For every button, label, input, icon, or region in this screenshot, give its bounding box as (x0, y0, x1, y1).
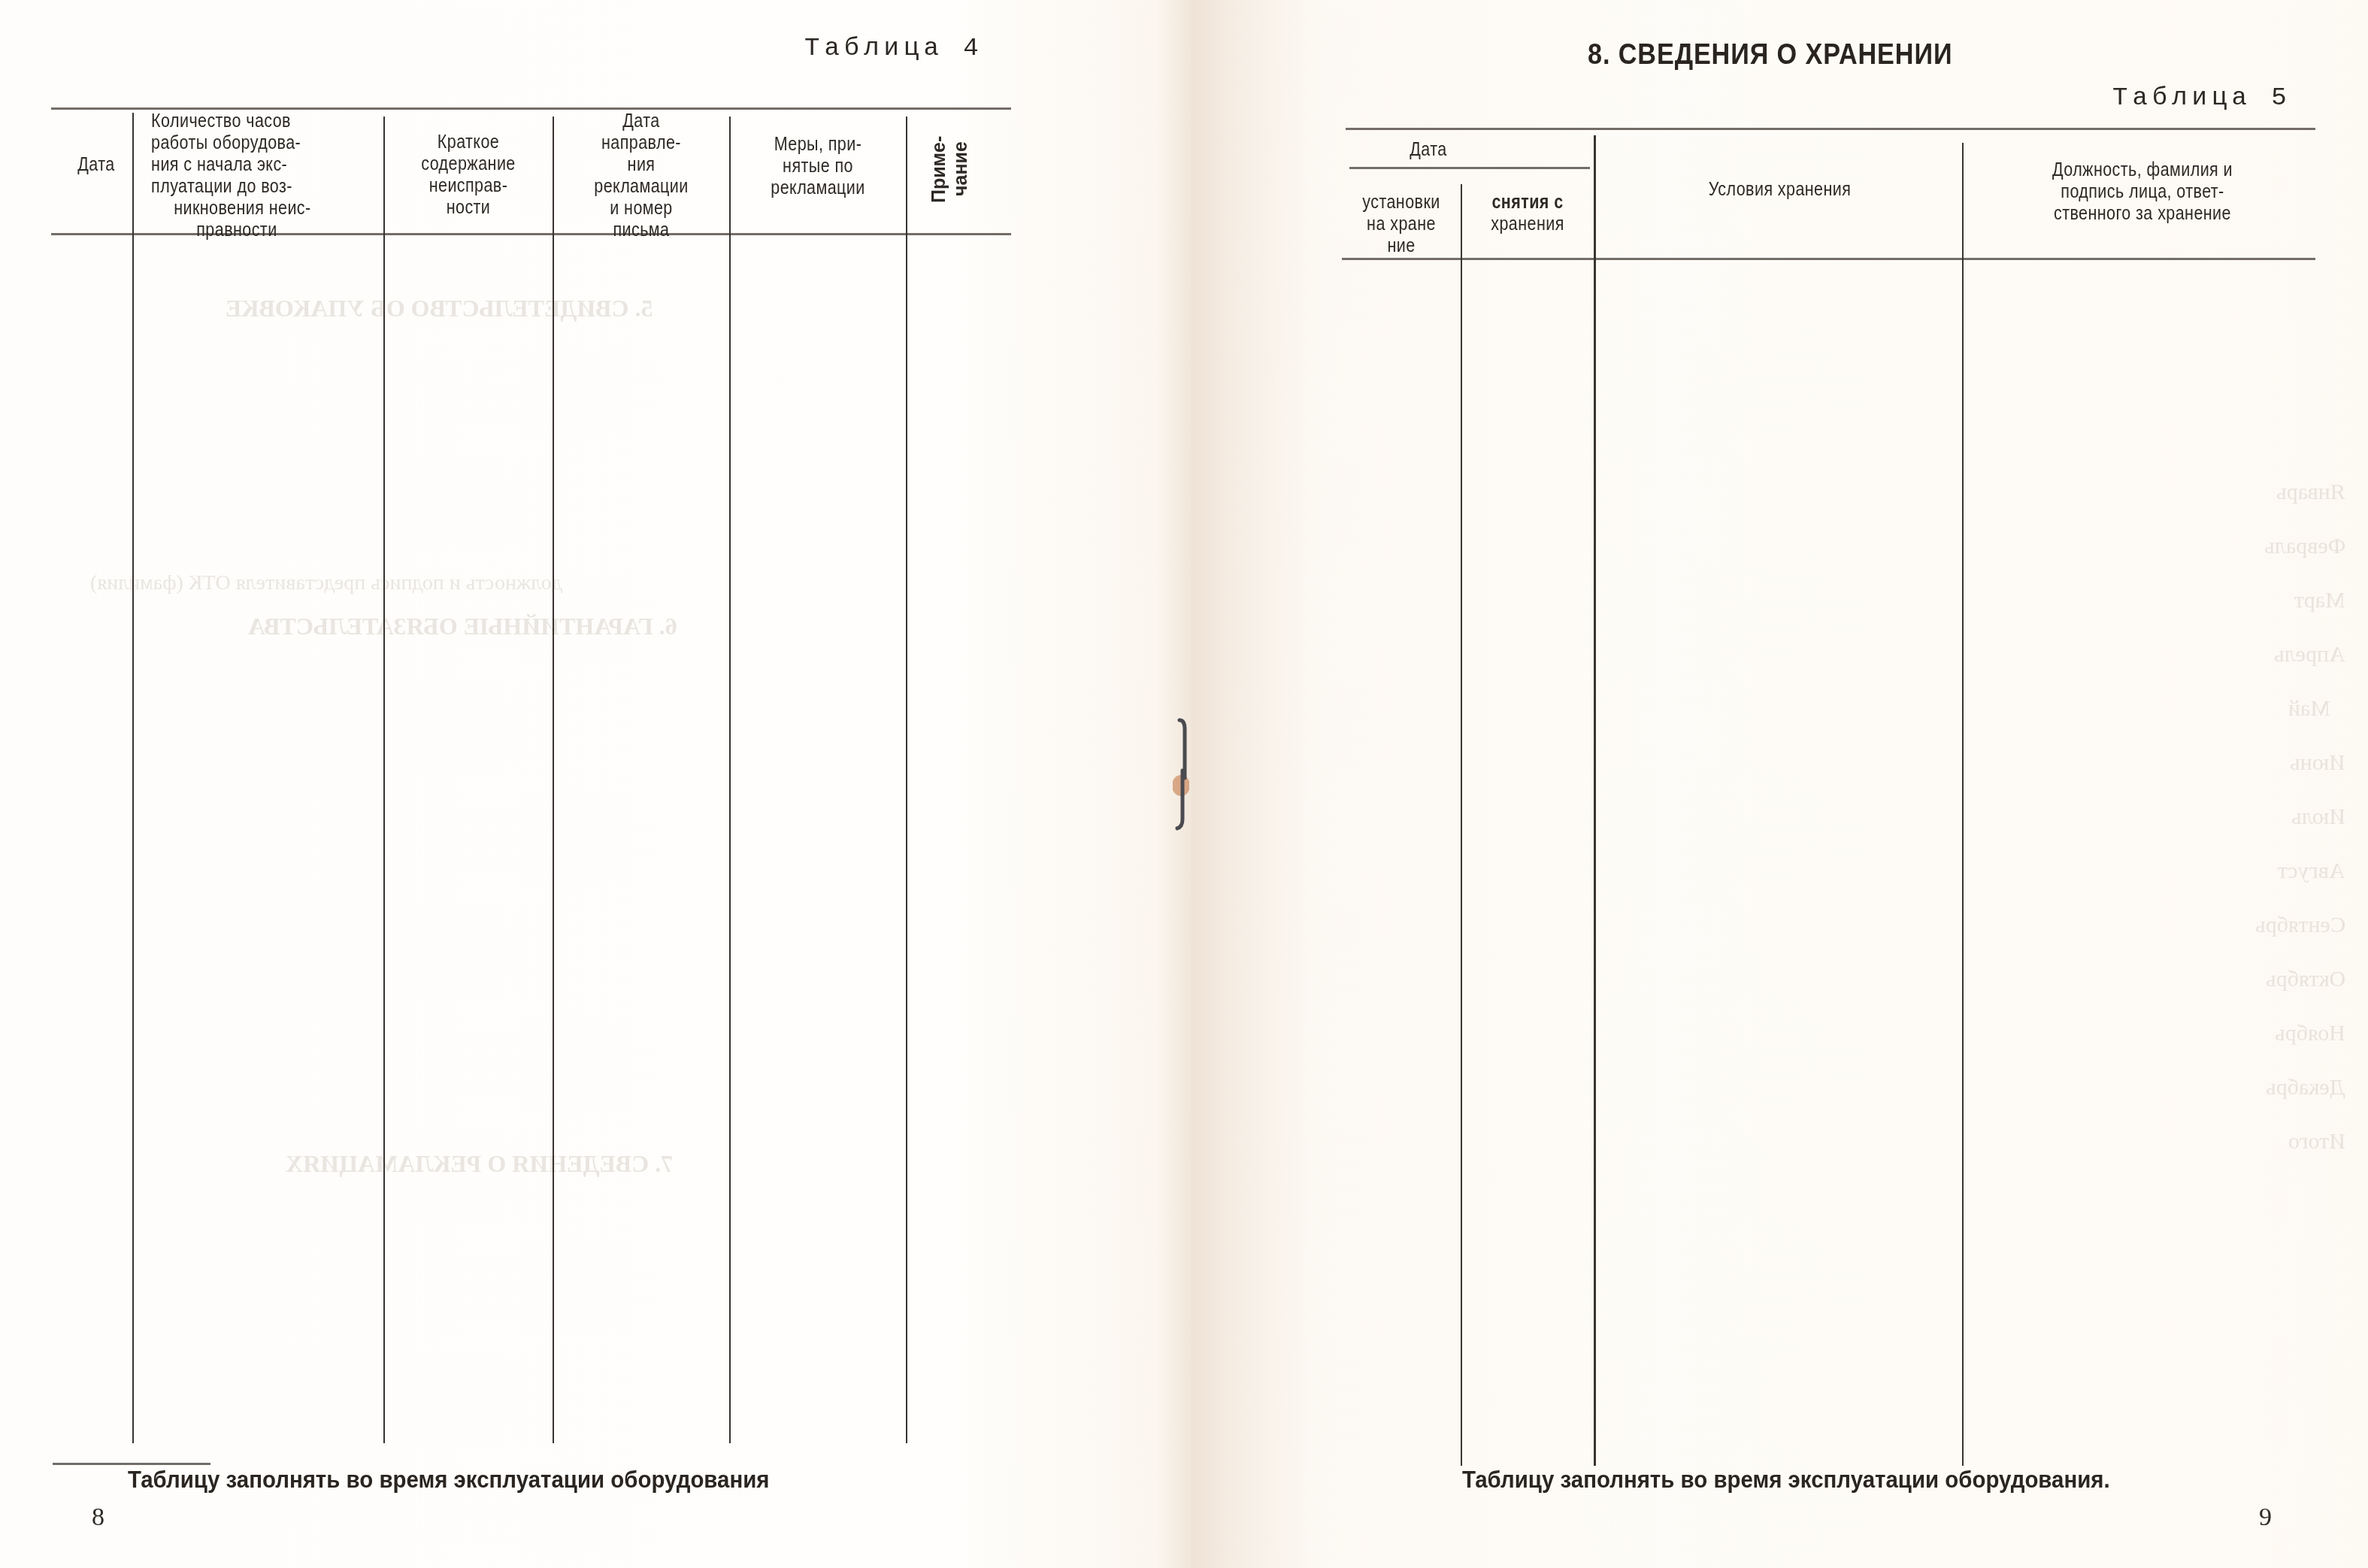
footer-note: Таблицу заполнять во время эксплуатации … (1462, 1466, 2110, 1494)
bleed-through-heading: 7. СВЕДЕНИЯ О РЕКЛАМАЦИЯХ (286, 1150, 673, 1178)
bleed-through-heading: 5. СВИДЕТЕЛЬСТВО ОБ УПАКОВКЕ (226, 295, 653, 322)
bleed-through-month: Апрель (2274, 642, 2345, 667)
bleed-through-month: Июль (2291, 804, 2345, 830)
column-header-measures: Меры, при- нятые по рекламации (743, 134, 893, 199)
column-header-remove: снятия с хранения (1473, 192, 1582, 235)
header-line: направле- (566, 132, 716, 154)
bleed-through-month: Декабрь (2266, 1075, 2345, 1100)
footer-note: Таблицу заполнять во время эксплуатации … (128, 1466, 770, 1494)
table-label: Таблица 4 (804, 35, 983, 63)
column-header-install: установки на хране ние (1350, 192, 1452, 257)
column-header-claim-date: Дата направле- ния рекламации и номер пи… (566, 110, 716, 241)
column-divider (729, 117, 731, 1443)
column-header-summary: Краткое содержание неисправ- ности (397, 132, 541, 219)
header-line: и номер (566, 198, 716, 219)
table-label: Таблица 5 (2112, 84, 2291, 113)
bleed-through-month: Июнь (2290, 750, 2345, 776)
header-bottom-rule (1342, 258, 2315, 260)
header-line: хранения (1473, 213, 1582, 235)
header-line: письма (566, 219, 716, 241)
bleed-through-month: Октябрь (2266, 967, 2345, 992)
header-line: установки (1350, 192, 1452, 213)
page-number: 9 (2259, 1503, 2272, 1532)
header-line: Количество часов (151, 110, 365, 132)
header-line: ности (397, 197, 541, 219)
header-line: работы оборудова- (151, 132, 365, 154)
header-line: Должность, фамилия и (1991, 159, 2294, 181)
header-line: плуатации до воз- (151, 176, 365, 198)
header-line: рекламации (743, 177, 893, 199)
bleed-through-month: Итого (2288, 1129, 2345, 1155)
column-divider (1461, 184, 1462, 1466)
bleed-through-heading: 6. ГАРАНТИЙНЫЕ ОБЯЗАТЕЛЬСТВА (248, 613, 677, 640)
header-line: ния (566, 154, 716, 176)
page-number: 8 (92, 1503, 104, 1532)
header-line: никновения неис- (151, 198, 365, 219)
header-line: рекламации (566, 176, 716, 198)
header-line: Краткое (397, 132, 541, 153)
bleed-through-month: Январь (2276, 480, 2345, 505)
column-divider (132, 113, 134, 1443)
header-line: на хране (1350, 213, 1452, 235)
header-line: правности (151, 219, 365, 241)
column-header-responsible: Должность, фамилия и подпись лица, ответ… (1991, 159, 2294, 225)
bleed-through-month: Март (2294, 588, 2345, 613)
table-bottom-rule (53, 1463, 210, 1465)
table-top-rule (51, 107, 1011, 110)
group-header-date: Дата (1386, 139, 1470, 161)
column-header-conditions: Условия хранения (1623, 179, 1936, 201)
column-divider (383, 117, 385, 1443)
column-header-note: Приме- чание (928, 113, 974, 226)
right-page: Январь Февраль Март Апрель Май Июнь Июль… (1192, 0, 2368, 1568)
section-title: 8. СВЕДЕНИЯ О ХРАНЕНИИ (1588, 39, 1952, 71)
header-line: Меры, при- (743, 134, 893, 156)
column-divider (1594, 135, 1596, 1466)
header-line: неисправ- (397, 175, 541, 197)
date-group-rule (1349, 167, 1590, 169)
header-line: ственного за хранение (1991, 203, 2294, 225)
column-divider (906, 117, 907, 1443)
header-line: Дата (566, 110, 716, 132)
bleed-through-month: Август (2278, 858, 2345, 884)
header-line: ния с начала экс- (151, 154, 365, 176)
header-line: подпись лица, ответ- (1991, 181, 2294, 203)
column-header-date: Дата (64, 154, 129, 176)
bleed-through-line: должность и подпись представителя ОТК (ф… (90, 571, 562, 595)
header-line: Приме- (928, 135, 949, 202)
header-line: чание (950, 142, 971, 197)
header-line: снятия с (1473, 192, 1582, 213)
left-page: 5. СВИДЕТЕЛЬСТВО ОБ УПАКОВКЕ должность и… (0, 0, 1192, 1568)
header-line: содержание (397, 153, 541, 175)
staple-icon (1173, 714, 1189, 834)
bleed-through-month: Февраль (2264, 534, 2345, 559)
header-line: ние (1350, 235, 1452, 257)
header-line: нятые по (743, 156, 893, 177)
column-header-hours: Количество часов работы оборудова- ния с… (151, 110, 365, 241)
column-divider (553, 117, 554, 1443)
bleed-through-month: Ноябрь (2275, 1021, 2345, 1046)
table-top-rule (1346, 128, 2315, 130)
bleed-through-month: Май (2288, 696, 2330, 722)
column-divider (1962, 143, 1964, 1466)
bleed-through-month: Сентябрь (2255, 913, 2345, 938)
